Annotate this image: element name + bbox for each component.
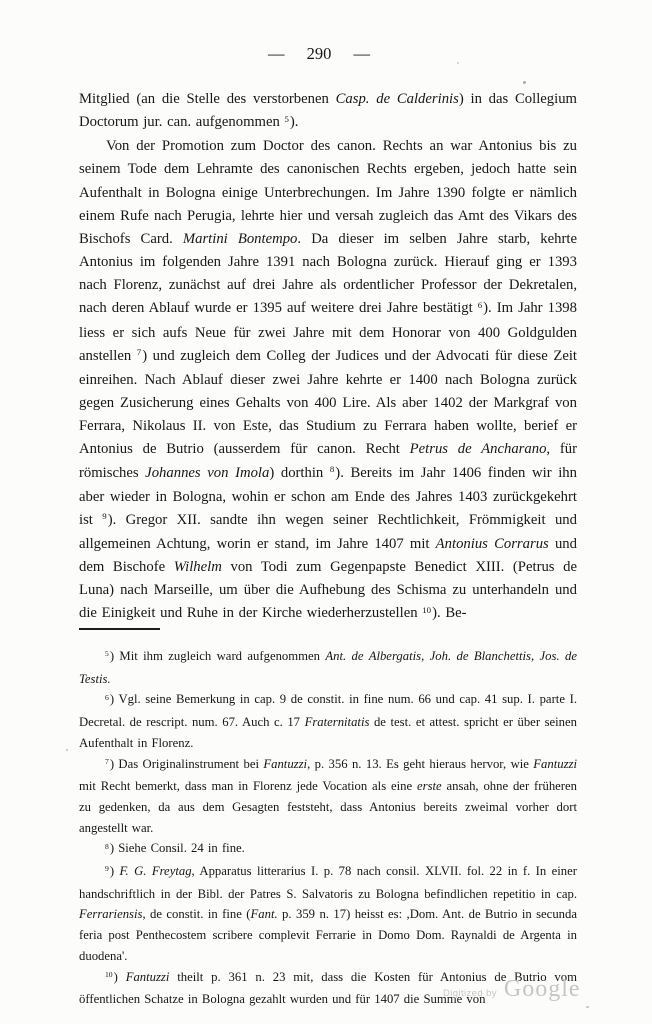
google-logo: Google xyxy=(504,976,581,1003)
page-number: — 290 — xyxy=(0,44,638,64)
scan-artifact xyxy=(457,62,459,64)
scan-artifact xyxy=(586,1006,589,1008)
digitized-by-label: Digitized by xyxy=(443,988,497,999)
main-text: Mitglied (an die Stelle des verstorbenen… xyxy=(79,88,577,627)
body-paragraph: Mitglied (an die Stelle des verstorbenen… xyxy=(79,88,577,135)
footnote: 7) Das Originalinstrument bei Fantuzzi, … xyxy=(79,754,577,839)
body-paragraph: Von der Promotion zum Doctor des canon. … xyxy=(79,135,577,626)
footnote: 9) F. G. Freytag, Apparatus litterarius … xyxy=(79,861,577,967)
footnote: 8) Siehe Consil. 24 in fine. xyxy=(79,838,577,861)
footnote: 5) Mit ihm zugleich ward aufgenommen Ant… xyxy=(79,646,577,689)
google-watermark: Digitized by Google xyxy=(443,976,581,1003)
scanned-page: — 290 — Mitglied (an die Stelle des vers… xyxy=(0,0,652,1024)
footnote-separator xyxy=(79,628,160,630)
scan-artifact xyxy=(66,749,68,751)
footnote: 6) Vgl. seine Bemerkung in cap. 9 de con… xyxy=(79,689,577,753)
footnotes-block: 5) Mit ihm zugleich ward aufgenommen Ant… xyxy=(79,646,577,1010)
scan-artifact xyxy=(523,81,526,84)
